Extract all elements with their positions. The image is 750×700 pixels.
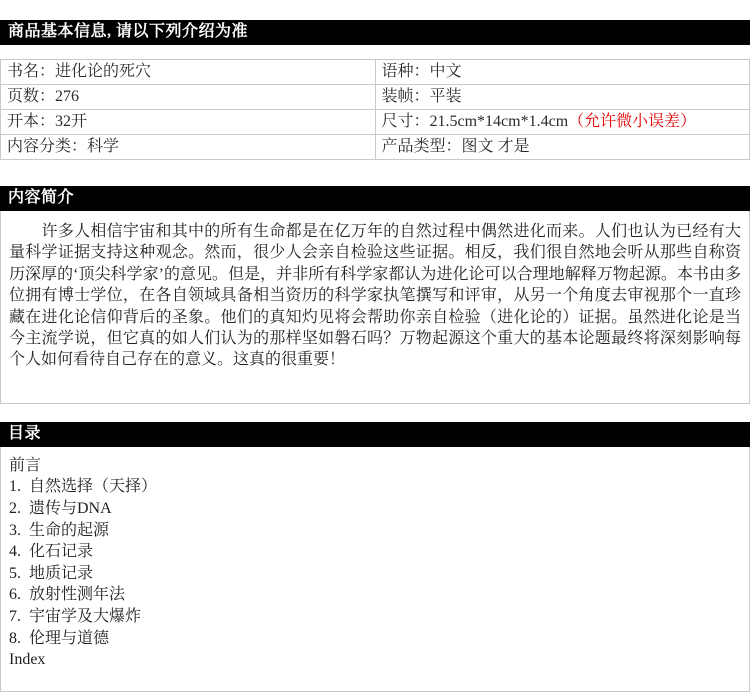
intro-box: 许多人相信宇宙和其中的所有生命都是在亿万年的自然过程中偶然进化而来。人们也认为已…	[0, 211, 750, 404]
toc-item-chapter-2: 2. 遗传与DNA	[9, 498, 741, 520]
toc-header: 目录	[0, 422, 750, 447]
info-cell-size: 尺寸：21.5cm*14cm*1.4cm（允许微小误差）	[375, 110, 750, 135]
table-row: 内容分类：科学 产品类型：图文 才是	[1, 135, 750, 160]
info-cell-language: 语种：中文	[375, 60, 750, 85]
intro-header: 内容简介	[0, 186, 750, 211]
toc-item-chapter-4: 4. 化石记录	[9, 541, 741, 563]
info-cell-binding: 装帧：平装	[375, 85, 750, 110]
basic-info-section: 商品基本信息, 请以下列介绍为准 书名：进化论的死穴 语种：中文 页数：276 …	[0, 20, 750, 160]
table-row: 开本：32开 尺寸：21.5cm*14cm*1.4cm（允许微小误差）	[1, 110, 750, 135]
toc-item-chapter-1: 1. 自然选择（天择）	[9, 476, 741, 498]
info-cell-format: 开本：32开	[1, 110, 376, 135]
toc-box: 前言 1. 自然选择（天择） 2. 遗传与DNA 3. 生命的起源 4. 化石记…	[0, 447, 750, 692]
toc-item-chapter-5: 5. 地质记录	[9, 563, 741, 585]
table-row: 书名：进化论的死穴 语种：中文	[1, 60, 750, 85]
toc-item-index: Index	[9, 649, 741, 671]
intro-section: 内容简介 许多人相信宇宙和其中的所有生命都是在亿万年的自然过程中偶然进化而来。人…	[0, 186, 750, 404]
basic-info-table: 书名：进化论的死穴 语种：中文 页数：276 装帧：平装 开本：32开 尺寸：2…	[0, 59, 750, 160]
info-cell-product-type: 产品类型：图文 才是	[375, 135, 750, 160]
toc-item-chapter-7: 7. 宇宙学及大爆炸	[9, 606, 741, 628]
info-cell-pages: 页数：276	[1, 85, 376, 110]
toc-item-chapter-3: 3. 生命的起源	[9, 520, 741, 542]
toc-item-chapter-8: 8. 伦理与道德	[9, 628, 741, 650]
toc-item-preface: 前言	[9, 455, 741, 477]
intro-paragraph: 许多人相信宇宙和其中的所有生命都是在亿万年的自然过程中偶然进化而来。人们也认为已…	[9, 221, 741, 371]
toc-section: 目录 前言 1. 自然选择（天择） 2. 遗传与DNA 3. 生命的起源 4. …	[0, 422, 750, 692]
table-row: 页数：276 装帧：平装	[1, 85, 750, 110]
toc-item-chapter-6: 6. 放射性测年法	[9, 584, 741, 606]
info-cell-category: 内容分类：科学	[1, 135, 376, 160]
size-tolerance-note: （允许微小误差）	[568, 113, 696, 130]
info-cell-book-title: 书名：进化论的死穴	[1, 60, 376, 85]
size-value: 尺寸：21.5cm*14cm*1.4cm	[382, 113, 569, 130]
product-detail-page: 商品基本信息, 请以下列介绍为准 书名：进化论的死穴 语种：中文 页数：276 …	[0, 0, 750, 700]
basic-info-header: 商品基本信息, 请以下列介绍为准	[0, 20, 750, 45]
